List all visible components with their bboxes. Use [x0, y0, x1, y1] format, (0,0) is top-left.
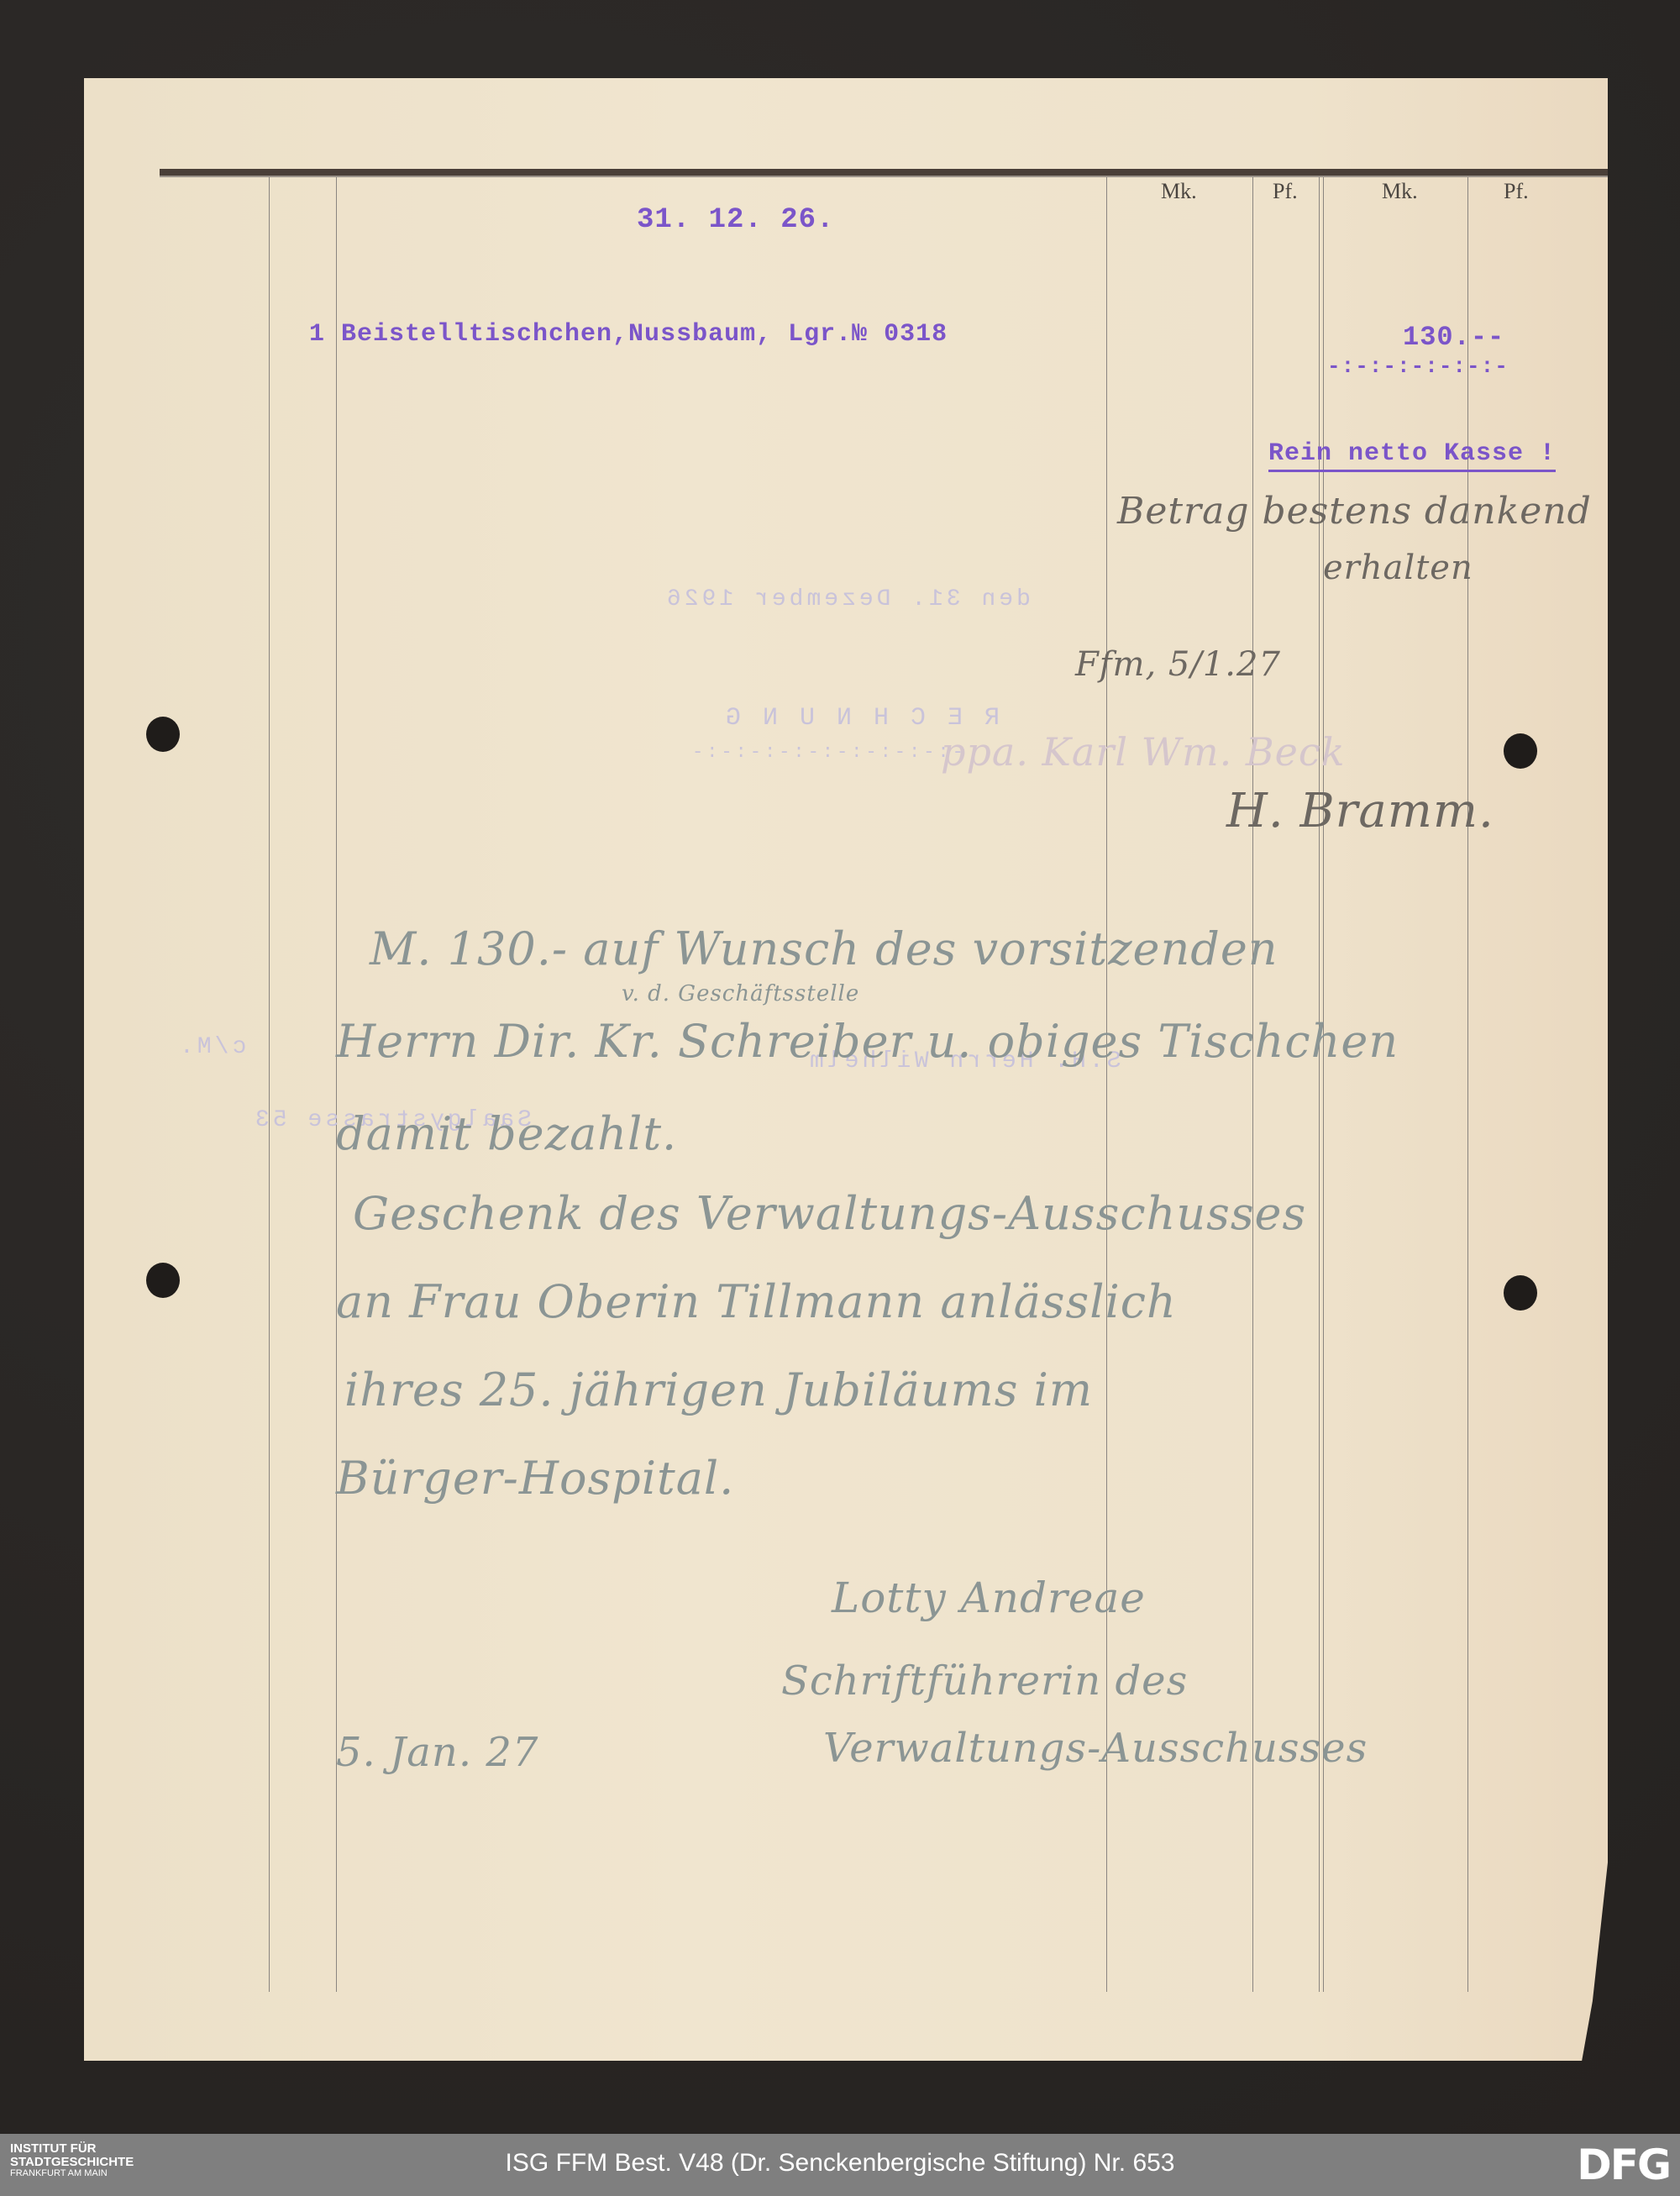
receipt-line1: Betrag bestens dankend — [1117, 490, 1592, 533]
column-line — [269, 177, 270, 1992]
invoice-date: 31. 12. 26. — [637, 204, 834, 236]
punch-hole — [146, 1263, 180, 1298]
show-through-title-rule: -:-:-:-:-:-:-:-:-:- — [689, 742, 963, 763]
note-insert: v. d. Geschäftsstelle — [622, 981, 859, 1006]
invoice-page: Mk. Pf. Mk. Pf. den 31. Dezember 1926 R … — [84, 78, 1608, 2061]
column-header-pf: Pf. — [1273, 179, 1298, 204]
receipt-signature: H. Bramm. — [1226, 784, 1494, 838]
column-header-mk-total: Mk. — [1382, 179, 1418, 204]
signer-name: Lotty Andreae — [832, 1573, 1146, 1622]
note-line-2: Herrn Dir. Kr. Schreiber u. obiges Tisch… — [336, 1015, 1399, 1068]
item-amount: 130.-- — [1403, 322, 1504, 353]
signer-title-1: Schriftführerin des — [781, 1658, 1188, 1705]
punch-hole — [1504, 733, 1537, 769]
column-line — [336, 177, 337, 1992]
archive-caption: ISG FFM Best. V48 (Dr. Senckenbergische … — [0, 2149, 1680, 2178]
note-line-4: Geschenk des Verwaltungs-Ausschusses — [353, 1187, 1306, 1240]
note-line-7: Bürger-Hospital. — [336, 1452, 734, 1505]
archive-footer: INSTITUT FÜR STADTGESCHICHTE FRANKFURT A… — [0, 2134, 1680, 2196]
punch-hole — [1504, 1275, 1537, 1311]
receipt-line2: erhalten — [1323, 549, 1473, 587]
note-line-1: M. 130.- auf Wunsch des vorsitzenden — [370, 922, 1278, 975]
column-line — [1252, 177, 1253, 1992]
payment-terms: Rein netto Kasse ! — [1268, 439, 1556, 472]
show-through-title: R E C H N U N G — [722, 704, 1000, 733]
column-line — [1106, 177, 1107, 1992]
show-through-amount: c/M. — [176, 1034, 246, 1060]
firm-stamp: ppa. Karl Wm. Beck — [941, 729, 1345, 775]
note-line-3: damit bezahlt. — [336, 1107, 677, 1160]
amount-rule: -:-:-:-:-:-:- — [1327, 354, 1509, 379]
receipt-place-date: Ffm, 5/1.27 — [1075, 645, 1281, 684]
note-line-5: an Frau Oberin Tillmann anlässlich — [336, 1275, 1177, 1328]
signer-title-2: Verwaltungs-Ausschusses — [823, 1725, 1368, 1772]
column-header-mk: Mk. — [1161, 179, 1197, 204]
dfg-logo: DFG — [1577, 2141, 1670, 2189]
header-rule — [160, 169, 1614, 177]
show-through-date: den 31. Dezember 1926 — [664, 586, 1031, 612]
note-line-6: ihres 25. jährigen Jubiläums im — [344, 1363, 1093, 1416]
punch-hole — [146, 717, 180, 752]
item-line: 1 Beistelltischchen,Nussbaum, Lgr.№ 0318 — [309, 320, 948, 349]
column-header-pf-total: Pf. — [1504, 179, 1529, 204]
signed-date: 5. Jan. 27 — [336, 1729, 538, 1776]
